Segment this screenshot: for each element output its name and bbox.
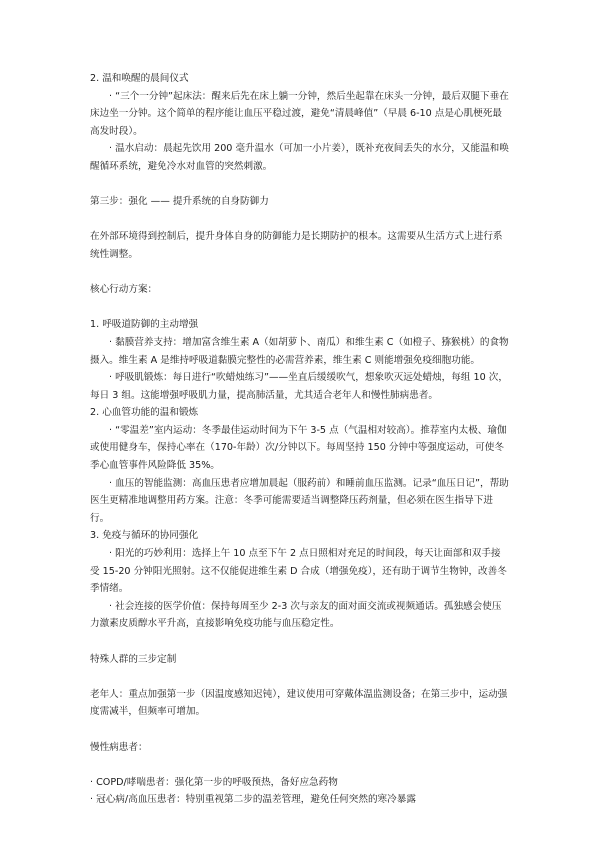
list-item: · 冠心病/高血压患者：特别重视第二步的温差管理，避免任何突然的寒冷暴露	[90, 791, 510, 809]
list-item: · 阳光的巧妙利用：选择上午 10 点至下午 2 点日照相对充足的时间段，每天让…	[90, 545, 510, 598]
list-item: · COPD/哮喘患者：强化第一步的呼吸预热，备好应急药物	[90, 774, 510, 792]
plan-label: 核心行动方案：	[90, 281, 510, 299]
section-heading: 2. 温和唤醒的晨间仪式	[90, 70, 510, 88]
elderly-paragraph: 老年人：重点加强第一步（因温度感知迟钝），建议使用可穿戴体温监测设备；在第三步中…	[90, 686, 510, 721]
list-item: · 黏膜营养支持：增加富含维生素 A（如胡萝卜、南瓜）和维生素 C（如橙子、猕猴…	[90, 334, 510, 369]
special-title: 特殊人群的三步定制	[90, 651, 510, 669]
list-item: · 血压的智能监测：高血压患者应增加晨起（服药前）和睡前血压监测。记录“血压日记…	[90, 475, 510, 528]
document-page: 2. 温和唤醒的晨间仪式 · “三个一分钟”起床法：醒来后先在床上躺一分钟，然后…	[90, 70, 510, 809]
list-item: · “三个一分钟”起床法：醒来后先在床上躺一分钟，然后坐起靠在床头一分钟，最后双…	[90, 88, 510, 141]
group-heading: 1. 呼吸道防御的主动增强	[90, 316, 510, 334]
list-item: · 社会连接的医学价值：保持每周至少 2-3 次与亲友的面对面交流或视频通话。孤…	[90, 598, 510, 633]
chronic-label: 慢性病患者：	[90, 739, 510, 757]
group-heading: 2. 心血管功能的温和锻炼	[90, 404, 510, 422]
list-item: · 温水启动：晨起先饮用 200 毫升温水（可加一小片姜），既补充夜间丢失的水分…	[90, 140, 510, 175]
group-heading: 3. 免疫与循环的协同强化	[90, 527, 510, 545]
list-item: · 呼吸肌锻炼：每日进行“吹蜡烛练习”——坐直后缓缓吹气，想象吹灭远处蜡烛，每组…	[90, 369, 510, 404]
step-title: 第三步：强化 —— 提升系统的自身防御力	[90, 193, 510, 211]
intro-paragraph: 在外部环境得到控制后，提升身体自身的防御能力是长期防护的根本。这需要从生活方式上…	[90, 228, 510, 263]
list-item: · “零温差”室内运动：冬季最佳运动时间为下午 3-5 点（气温相对较高）。推荐…	[90, 422, 510, 475]
